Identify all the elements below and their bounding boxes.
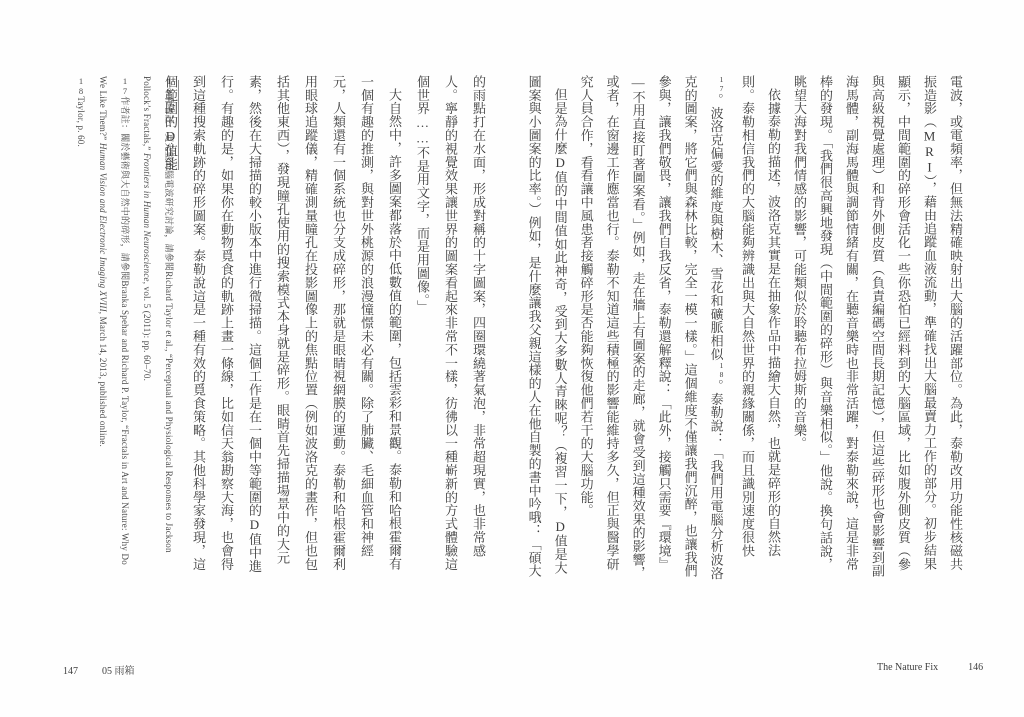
footnote-16-journal: Frontiers in Human Neuroscience [142,153,152,282]
paragraph: 但是為什麼D值的中間值如此神奇，受到大多數人青睞呢？（複習一下，D值是大圖案與小… [521,75,573,581]
chapter-label: 05 雨箱 [102,666,135,677]
left-page-text: 的雨點打在水面，形成對稱的十字圖案，四圈環繞著氣泡，非常超現實，也非常感人。寧靜… [186,75,492,581]
paragraph-segment: 。波洛克偏愛的維度與樹木、雪花和礦脈相似 [709,93,724,361]
page-number-right: 146 [968,662,983,673]
paragraph: 大自然中，許多圖案都落於中低數值的範圍，包括雲彩和景觀。泰勒和哈根霍爾有一個有趣… [156,75,408,581]
footnote-18-text: Taylor, p. 60. [76,96,86,147]
right-page-text: 電波，或電頻率，但無法精確映射出大腦的活躍部位。為此，泰勒改用功能性核磁共振造影… [508,75,968,581]
footnote-marker-17: 17 [717,75,726,93]
left-page-footer: 14705 雨箱 [63,662,135,677]
paragraph: 電波，或電頻率，但無法精確映射出大腦的活躍部位。為此，泰勒改用功能性核磁共振造影… [786,75,968,581]
footnote-17: 17作者註：關於藝術與大自然中的碎形，請參閱Branka Spehar and … [92,76,136,578]
footnote-18-number: 18 [71,76,86,96]
paragraph: 依據泰勒的描述，波洛克其實是在抽象作品中描繪大自然，也就是碎形的自然法則。泰勒相… [573,75,786,581]
footnote-marker-18: 18 [717,361,726,379]
page-number-left: 147 [63,666,78,677]
paragraph-segment: 依據泰勒的描述，波洛克其實是在抽象作品中描繪大自然，也就是碎形的自然法則。泰勒相… [740,75,781,557]
footnote-17-journal: Human Vision and Electronic Imaging XVII… [98,143,108,312]
footnote-16-tail: , vol. 5 (2011): pp. 60–70. [142,282,152,381]
book-title: The Nature Fix [877,662,938,673]
paragraph-segment: 。泰勒說：「我們用電腦分析波洛克的圖案，將它們與森林比較，完全一模一樣。」這個維… [579,75,724,580]
paragraph: 的雨點打在水面，形成對稱的十字圖案，四圈環繞著氣泡，非常超現實，也非常感人。寧靜… [408,75,492,581]
footnote-17-number: 17 [115,76,130,96]
right-page-footer: The Nature Fix146 [877,662,983,673]
book-spread: 16作者註：更完整的腦電波研究討論，請參閱Richard Taylor et a… [0,0,1024,717]
footnote-17-tail: , March 14, 2013, published online. [98,312,108,447]
footnote-18: 18Taylor, p. 60. [70,76,92,578]
